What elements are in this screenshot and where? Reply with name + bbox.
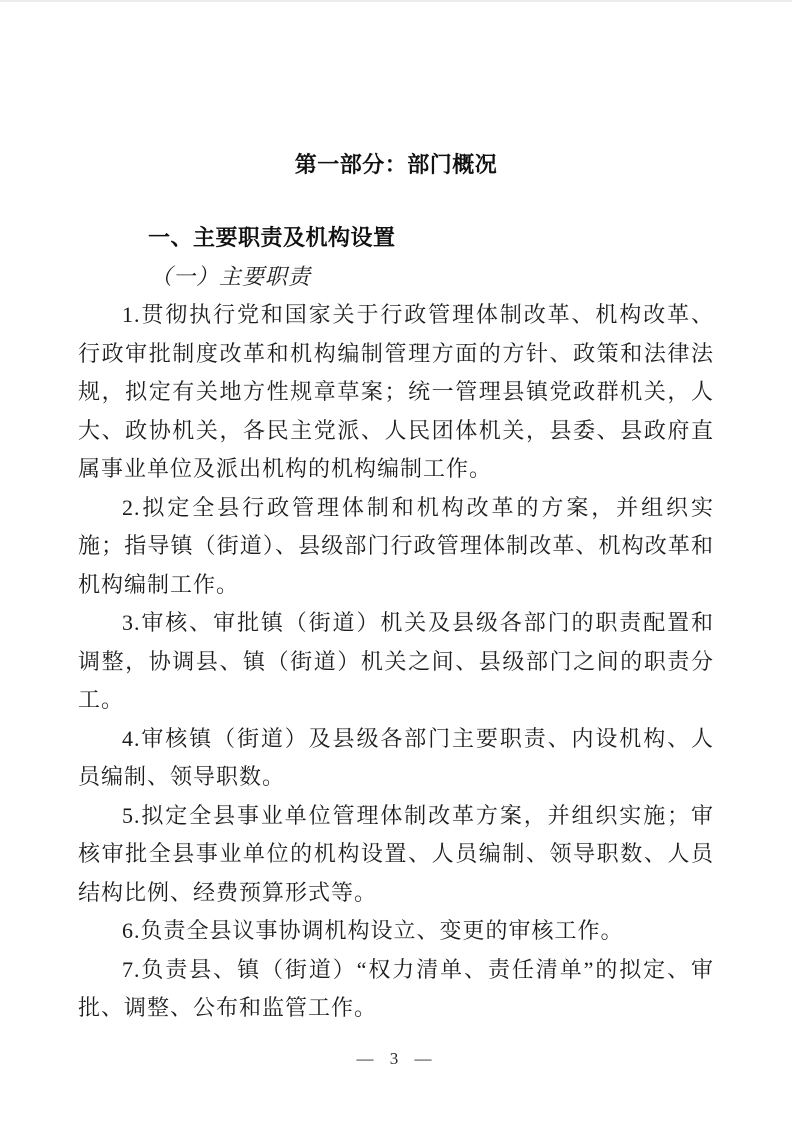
page-number: — 3 — <box>0 1049 792 1069</box>
paragraph-4: 4.审核镇（街道）及县级各部门主要职责、内设机构、人员编制、领导职数。 <box>78 720 714 797</box>
paragraph-6: 6.负责全县议事协调机构设立、变更的审核工作。 <box>78 912 714 951</box>
paragraph-1: 1.贯彻执行党和国家关于行政管理体制改革、机构改革、行政审批制度改革和机构编制管… <box>78 296 714 489</box>
document-content: 第一部分：部门概况 一、主要职责及机构设置 （一）主要职责 1.贯彻执行党和国家… <box>78 2 714 1028</box>
body-text: 1.贯彻执行党和国家关于行政管理体制改革、机构改革、行政审批制度改革和机构编制管… <box>78 296 714 1028</box>
document-page: 第一部分：部门概况 一、主要职责及机构设置 （一）主要职责 1.贯彻执行党和国家… <box>0 0 792 1121</box>
page-title: 第一部分：部门概况 <box>78 150 714 180</box>
paragraph-2: 2.拟定全县行政管理体制和机构改革的方案，并组织实施；指导镇（街道）、县级部门行… <box>78 489 714 605</box>
sub-heading: （一）主要职责 <box>78 257 714 296</box>
paragraph-5: 5.拟定全县事业单位管理体制改革方案，并组织实施；审核审批全县事业单位的机构设置… <box>78 797 714 913</box>
section-heading: 一、主要职责及机构设置 <box>78 218 714 257</box>
paragraph-7: 7.负责县、镇（街道）“权力清单、责任清单”的拟定、审批、调整、公布和监管工作。 <box>78 951 714 1028</box>
paragraph-3: 3.审核、审批镇（街道）机关及县级各部门的职责配置和调整，协调县、镇（街道）机关… <box>78 604 714 720</box>
